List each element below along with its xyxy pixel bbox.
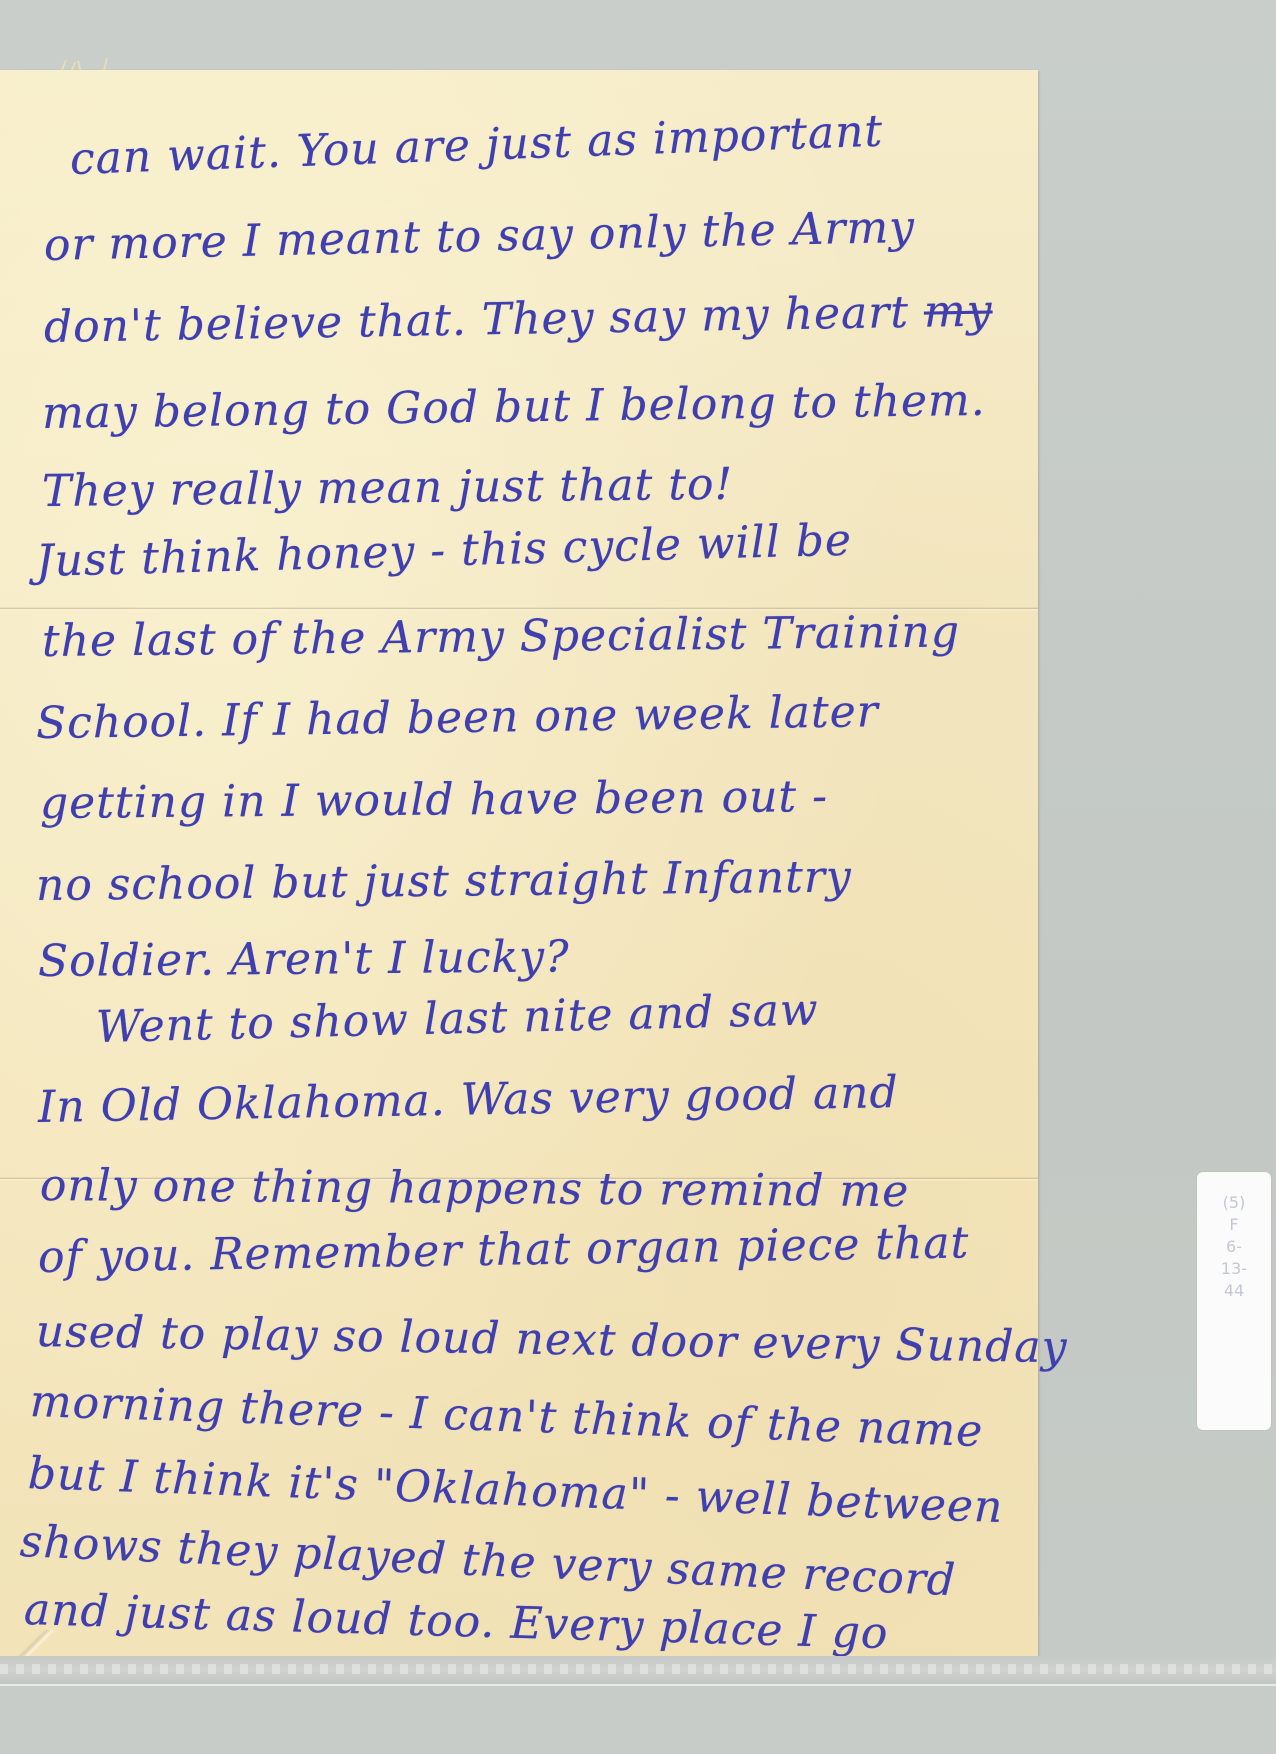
handwritten-line: getting in I would have been out - xyxy=(40,771,828,829)
handwritten-line: Soldier. Aren't I lucky? xyxy=(38,931,570,987)
handwritten-line: no school but just straight Infantry xyxy=(36,851,852,911)
handwritten-line: of you. Remember that organ piece that xyxy=(38,1217,970,1283)
handwritten-line: Just think honey - this cycle will be xyxy=(35,515,852,587)
handwritten-line: can wait. You are just as important xyxy=(69,106,884,185)
handwritten-line: or more I meant to say only the Army xyxy=(43,202,915,271)
handwritten-line: only one thing happens to remind me xyxy=(40,1160,910,1217)
handwritten-line: used to play so loud next door every Sun… xyxy=(36,1306,1068,1373)
struck-out-word: my xyxy=(923,285,992,337)
handwritten-line: morning there - I can't think of the nam… xyxy=(29,1376,984,1457)
line-text: don't believe that. They say my heart xyxy=(44,287,910,353)
letter-page: can wait. You are just as important or m… xyxy=(0,70,1038,1670)
handwritten-line: the last of the Army Specialist Training xyxy=(42,606,961,667)
handwritten-letter-body: can wait. You are just as important or m… xyxy=(0,70,1038,1670)
handwritten-line: may belong to God but I belong to them. xyxy=(42,375,986,439)
sleeve-perforations xyxy=(0,1664,1276,1674)
handwritten-line: School. If I had been one week later xyxy=(36,686,879,749)
scanner-background-bottom xyxy=(0,1686,1276,1754)
handwritten-line: In Old Oklahoma. Was very good and xyxy=(38,1067,900,1133)
handwritten-line: Went to show last nite and saw xyxy=(95,984,819,1053)
handwritten-line: They really mean just that to! xyxy=(42,459,734,517)
page-label-text: (5) F 6- 13- 44 xyxy=(1219,1192,1249,1302)
handwritten-line: don't believe that. They say my heart my xyxy=(44,285,993,353)
handwritten-line: but I think it's "Oklahoma" - well betwe… xyxy=(27,1448,1004,1533)
page-number-label: (5) F 6- 13- 44 xyxy=(1197,1172,1271,1430)
